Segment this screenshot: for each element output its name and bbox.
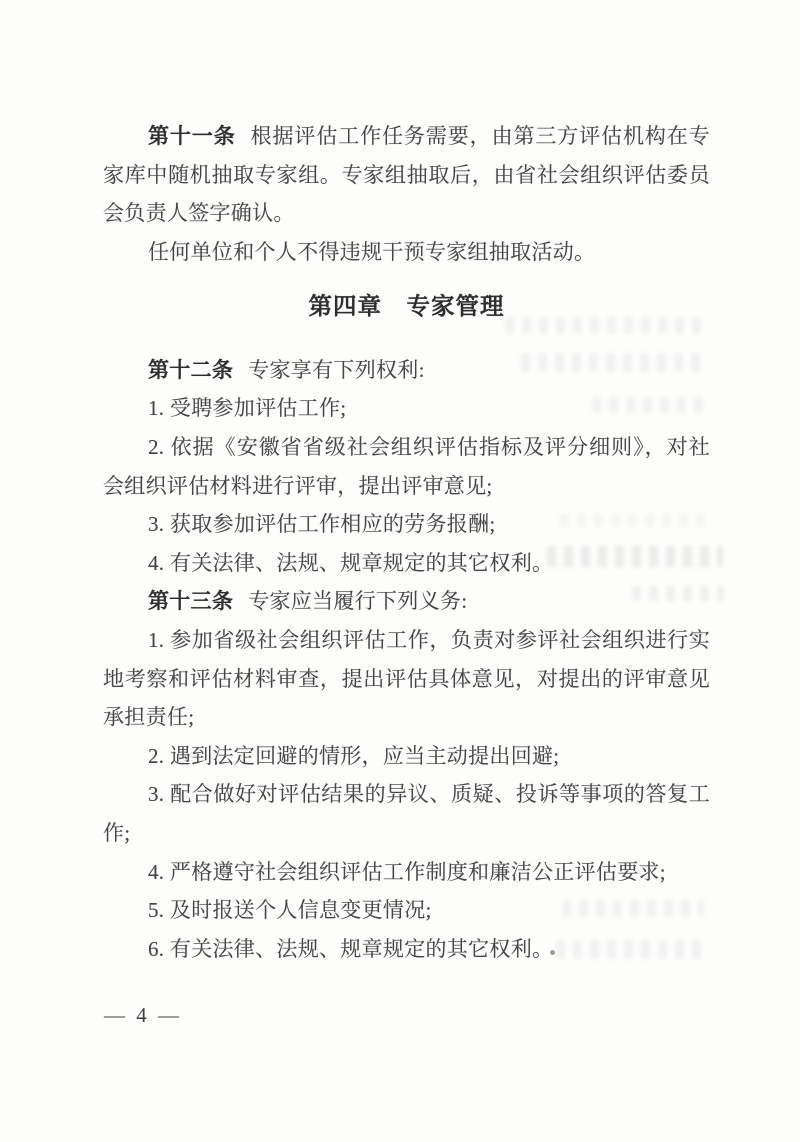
- ghost-artifact: [505, 317, 701, 334]
- article-text: 专家享有下列权利:: [248, 358, 425, 382]
- article-text: 专家应当履行下列义务:: [248, 589, 467, 613]
- text-line: 3. 配合做好对评估结果的异议、质疑、投诉等事项的答复工: [103, 775, 710, 814]
- text-line: 1. 参加省级社会组织评估工作，负责对参评社会组织进行实: [103, 621, 710, 660]
- ghost-artifact: [560, 514, 710, 527]
- ghost-artifact: [556, 940, 708, 959]
- page-content: 第十一条根据评估工作任务需要，由第三方评估机构在专家库中随机抽取专家组。专家组抽…: [103, 117, 710, 968]
- document-page: 第十一条根据评估工作任务需要，由第三方评估机构在专家库中随机抽取专家组。专家组抽…: [0, 0, 800, 1142]
- text-line: 第十一条根据评估工作任务需要，由第三方评估机构在专: [103, 117, 710, 156]
- text-line: 2. 遇到法定回避的情形，应当主动提出回避;: [103, 737, 710, 776]
- text-line: 任何单位和个人不得违规干预专家组抽取活动。: [103, 233, 710, 272]
- text-line: 地考察和评估材料审查，提出评估具体意见，对提出的评审意见: [103, 660, 710, 699]
- text-line: 会组织评估材料进行评审，提出评审意见;: [103, 467, 710, 506]
- text-line: 家库中随机抽取专家组。专家组抽取后，由省社会组织评估委员: [103, 156, 710, 195]
- text-line: 2. 依据《安徽省省级社会组织评估指标及评分细则》，对社: [103, 428, 710, 467]
- ghost-artifact: [592, 397, 710, 413]
- article-number: 第十二条: [148, 358, 233, 382]
- ghost-artifact: [521, 353, 704, 372]
- ghost-artifact: [632, 586, 724, 601]
- ink-speck: [550, 950, 555, 955]
- article-text: 根据评估工作任务需要，由第三方评估机构在专: [251, 124, 710, 148]
- text-line: 第十三条专家应当履行下列义务:: [103, 582, 710, 621]
- text-line: 会负责人签字确认。: [103, 194, 710, 233]
- text-line: 作;: [103, 814, 710, 853]
- article-number: 第十一条: [148, 124, 236, 148]
- article-number: 第十三条: [148, 589, 233, 613]
- ghost-artifact: [562, 900, 704, 917]
- page-number: — 4 —: [104, 1003, 182, 1028]
- text-line: 承担责任;: [103, 698, 710, 737]
- ghost-artifact: [547, 546, 723, 567]
- text-line: 4. 严格遵守社会组织评估工作制度和廉洁公正评估要求;: [103, 853, 710, 892]
